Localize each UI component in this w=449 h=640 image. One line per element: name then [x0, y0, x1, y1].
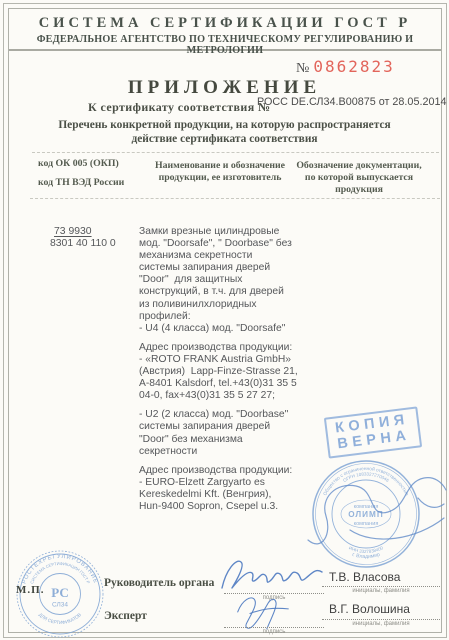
cert-stamp-code: СЛ34: [52, 602, 68, 609]
okp-code-value: 73 9930: [54, 226, 116, 237]
expert-label: Эксперт: [104, 610, 147, 622]
serial-number-value: 0862823: [313, 57, 394, 76]
agency-title: ФЕДЕРАЛЬНОЕ АГЕНТСТВО ПО ТЕХНИЧЕСКОМУ РЕ…: [9, 34, 441, 56]
signature-caption-1: подпись: [224, 595, 324, 601]
appendix-subtitle-line1: Перечень конкретной продукции, на котору…: [0, 119, 449, 133]
signature-line-1: [224, 593, 324, 594]
name-caption-1: инициалы, фамилия: [322, 588, 440, 594]
expert-name: В.Г. Волошина: [329, 602, 410, 616]
header-band: СИСТЕМА СЕРТИФИКАЦИИ ГОСТ Р ФЕДЕРАЛЬНОЕ …: [9, 9, 441, 51]
column-header-tnved-code: код ТН ВЭД России: [38, 177, 124, 188]
product-description-2: - U2 (2 класса) мод. "Doorbase" системы …: [139, 409, 331, 457]
column-header-okp-code: код ОК 005 (ОКП): [38, 158, 119, 169]
tnved-code-value: 8301 40 110 0: [50, 238, 116, 249]
name-line-1: [322, 586, 440, 587]
system-title: СИСТЕМА СЕРТИФИКАЦИИ ГОСТ Р: [9, 15, 441, 32]
certificate-reference-label: К сертификату соответствия №: [88, 100, 270, 115]
column-header-product: Наименование и обозначение продукции, ее…: [138, 160, 302, 184]
production-address-1: Адрес производства продукции: - «ROTO FR…: [139, 342, 331, 402]
product-codes-cell: 73 9930 8301 40 110 0: [50, 226, 116, 249]
head-of-body-signature: [214, 554, 329, 596]
svg-text:ДЛЯ СЕРТИФИКАТОВ: ДЛЯ СЕРТИФИКАТОВ: [38, 612, 82, 625]
column-header-documentation: Обозначение документации, по которой вып…: [283, 160, 435, 196]
dashed-divider-top: [32, 152, 439, 153]
name-line-2: [322, 619, 440, 620]
place-of-seal-label: М.П.: [16, 584, 44, 596]
appendix-subtitle-line2: действие сертификата соответствия: [0, 133, 449, 147]
dashed-divider-bottom: [30, 198, 440, 199]
name-caption-2: инициалы, фамилия: [322, 621, 440, 627]
number-sign: №: [296, 61, 309, 76]
cert-stamp-monogram: РС: [51, 585, 69, 600]
signature-caption-2: подпись: [224, 629, 324, 635]
certificate-number-value: РОСС DE.СЛ34.В00875 от 28.05.2014: [257, 96, 446, 108]
handwritten-flourish-signature: [298, 468, 449, 563]
blank-serial-number: № 0862823: [296, 57, 395, 77]
cert-stamp-ring-bottom: ДЛЯ СЕРТИФИКАТОВ: [38, 612, 82, 625]
appendix-subtitle: Перечень конкретной продукции, на котору…: [0, 119, 449, 146]
signature-line-2: [224, 627, 324, 628]
product-description: Замки врезные цилиндровые мод. "Doorsafe…: [139, 226, 331, 335]
certificate-appendix-page: СИСТЕМА СЕРТИФИКАЦИИ ГОСТ Р ФЕДЕРАЛЬНОЕ …: [0, 0, 449, 640]
head-of-body-name: Т.В. Власова: [329, 570, 400, 584]
head-of-body-label: Руководитель органа: [104, 577, 214, 589]
